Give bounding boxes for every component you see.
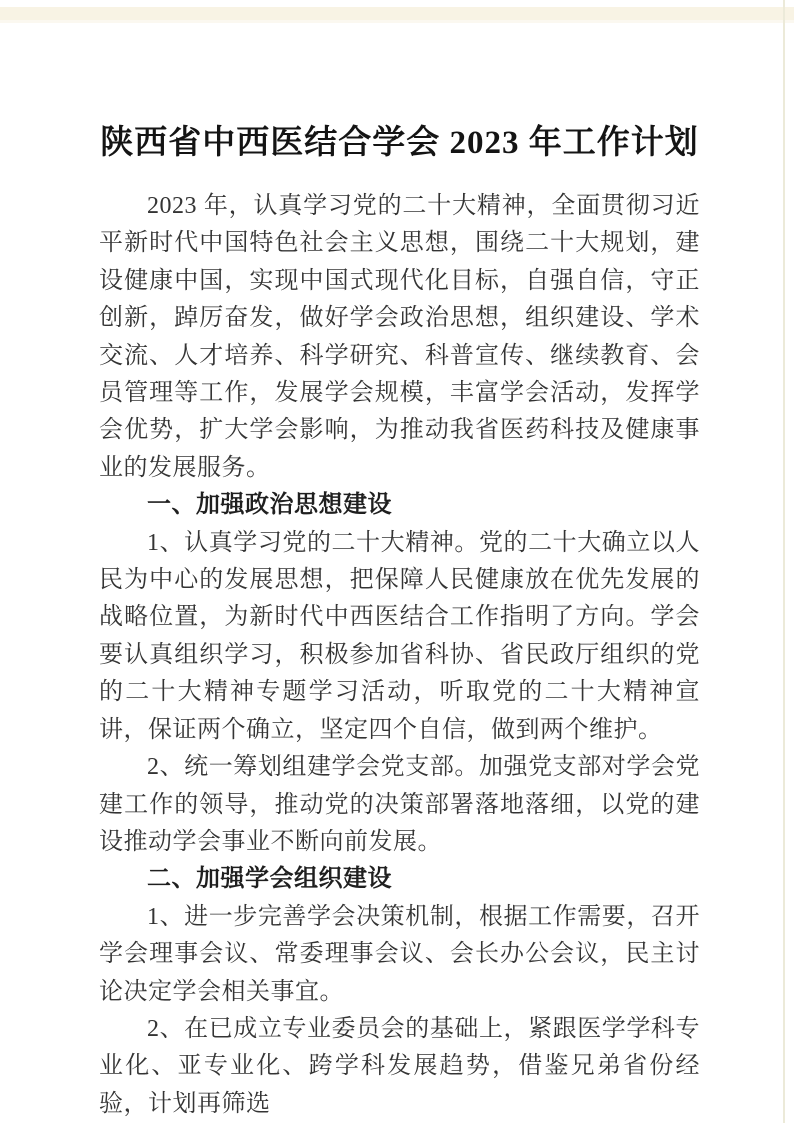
paragraph-1-2: 2、统一筹划组建学会党支部。加强党支部对学会党建工作的领导，推动党的决策部署落地… <box>99 749 700 861</box>
paragraph-1-1: 1、认真学习党的二十大精神。党的二十大确立以人民为中心的发展思想，把保障人民健康… <box>99 525 700 749</box>
document-page: 陕西省中西医结合学会 2023 年工作计划 2023 年，认真学习党的二十大精神… <box>0 0 794 1123</box>
scan-edge-top-band <box>0 7 794 20</box>
paragraph-intro: 2023 年，认真学习党的二十大精神，全面贯彻习近平新时代中国特色社会主义思想，… <box>99 188 700 487</box>
paragraph-2-2: 2、在已成立专业委员会的基础上，紧跟医学学科专业化、亚专业化、跨学科发展趋势，借… <box>99 1011 700 1123</box>
scan-edge-right-line <box>783 0 785 1123</box>
paragraph-2-1: 1、进一步完善学会决策机制，根据工作需要，召开学会理事会议、常委理事会议、会长办… <box>99 899 700 1011</box>
section-heading-2: 二、加强学会组织建设 <box>99 861 700 898</box>
document-content: 陕西省中西医结合学会 2023 年工作计划 2023 年，认真学习党的二十大精神… <box>99 120 700 1123</box>
document-title: 陕西省中西医结合学会 2023 年工作计划 <box>99 120 700 166</box>
section-heading-1: 一、加强政治思想建设 <box>99 487 700 524</box>
scan-edge-top-band-light <box>0 20 794 23</box>
